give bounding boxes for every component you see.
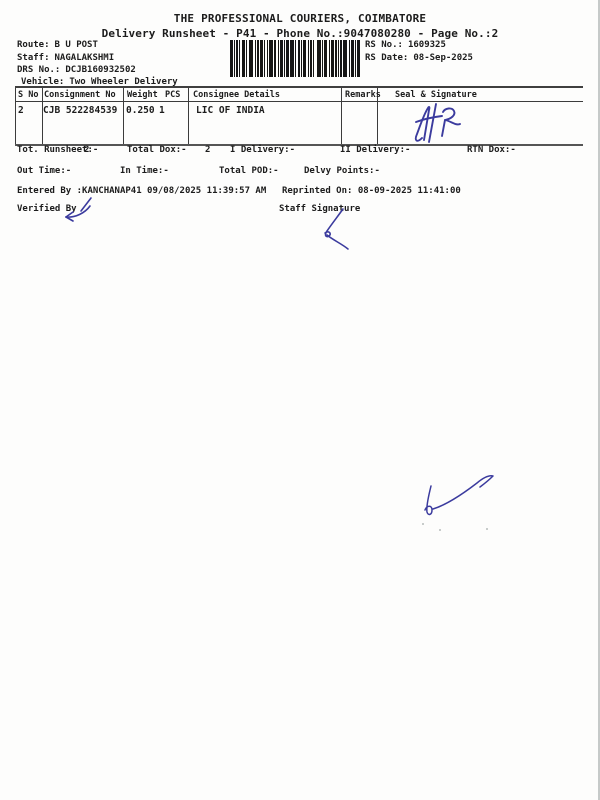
reprinted-on-line: Reprinted On: 08-09-2025 11:41:00 (282, 186, 461, 196)
rs-date-label: RS Date: (365, 53, 408, 63)
total-pod-label: Total POD:- (219, 166, 279, 176)
stray-signature-ink (414, 464, 502, 534)
rs-no-value: 1609325 (408, 40, 446, 50)
col-header-remarks: Remarks (345, 90, 381, 100)
col-header-pcs: PCS (165, 90, 180, 100)
table-divider-4 (341, 88, 342, 144)
drs-no-value: DCJB160932502 (65, 65, 135, 75)
col-header-seal-signature: Seal & Signature (395, 90, 477, 100)
tot-runsheet-value: 2 (84, 145, 89, 155)
total-dox-value: 2 (205, 145, 210, 155)
i-delivery-label: I Delivery:- (230, 145, 295, 155)
entered-by-line: Entered By :KANCHANAP41 09/08/2025 11:39… (17, 186, 266, 196)
in-time-label: In Time:- (120, 166, 169, 176)
table-divider-2 (123, 88, 124, 144)
ii-delivery-label: II Delivery:- (340, 145, 410, 155)
staff-label: Staff: (17, 53, 50, 63)
rs-date-value: 08-Sep-2025 (413, 53, 473, 63)
route-value: B U POST (55, 40, 98, 50)
delvy-points-label: Delvy Points:- (304, 166, 380, 176)
row-cell-consignee: LIC OF INDIA (196, 105, 265, 116)
runsheet-table: S No Consignment No Weight PCS Consignee… (15, 86, 583, 146)
staff-line: Staff:NAGALAKSHMI (17, 53, 114, 63)
col-header-consignment-no: Consignment No (44, 90, 116, 100)
col-header-weight: Weight (127, 90, 158, 100)
row-cell-weight: 0.250 (126, 105, 155, 116)
col-header-consignee-details: Consignee Details (193, 90, 280, 100)
route-label: Route: (17, 40, 50, 50)
col-header-s-no: S No (18, 90, 38, 100)
staff-value: NAGALAKSHMI (55, 53, 115, 63)
row-cell-pcs: 1 (159, 105, 165, 116)
rtn-dox-label: RTN Dox:- (467, 145, 516, 155)
seal-signature-ink (412, 100, 474, 146)
out-time-label: Out Time:- (17, 166, 71, 176)
table-border-left (15, 88, 16, 144)
rs-no-label: RS No.: (365, 40, 403, 50)
page-subtitle: Delivery Runsheet - P41 - Phone No.:9047… (0, 27, 600, 40)
staff-signature-ink (314, 208, 358, 250)
drs-no-label: DRS No.: (17, 65, 60, 75)
row-cell-consignment-no: CJB 522284539 (43, 105, 117, 116)
route-line: Route:B U POST (17, 40, 98, 50)
table-header-rule (15, 101, 583, 102)
barcode-image (230, 40, 360, 77)
row-cell-s-no: 2 (18, 105, 24, 116)
table-divider-3 (188, 88, 189, 144)
total-dox-label: Total Dox:- (127, 145, 187, 155)
rs-no-line: RS No.:1609325 (365, 40, 446, 50)
rs-date-line: RS Date:08-Sep-2025 (365, 53, 473, 63)
scanned-delivery-runsheet: THE PROFESSIONAL COURIERS, COIMBATORE De… (0, 0, 600, 800)
drs-no-line: DRS No.:DCJB160932502 (17, 65, 136, 75)
table-divider-1 (42, 88, 43, 144)
page-title: THE PROFESSIONAL COURIERS, COIMBATORE (0, 12, 600, 25)
verified-by-signature-ink (58, 196, 98, 230)
